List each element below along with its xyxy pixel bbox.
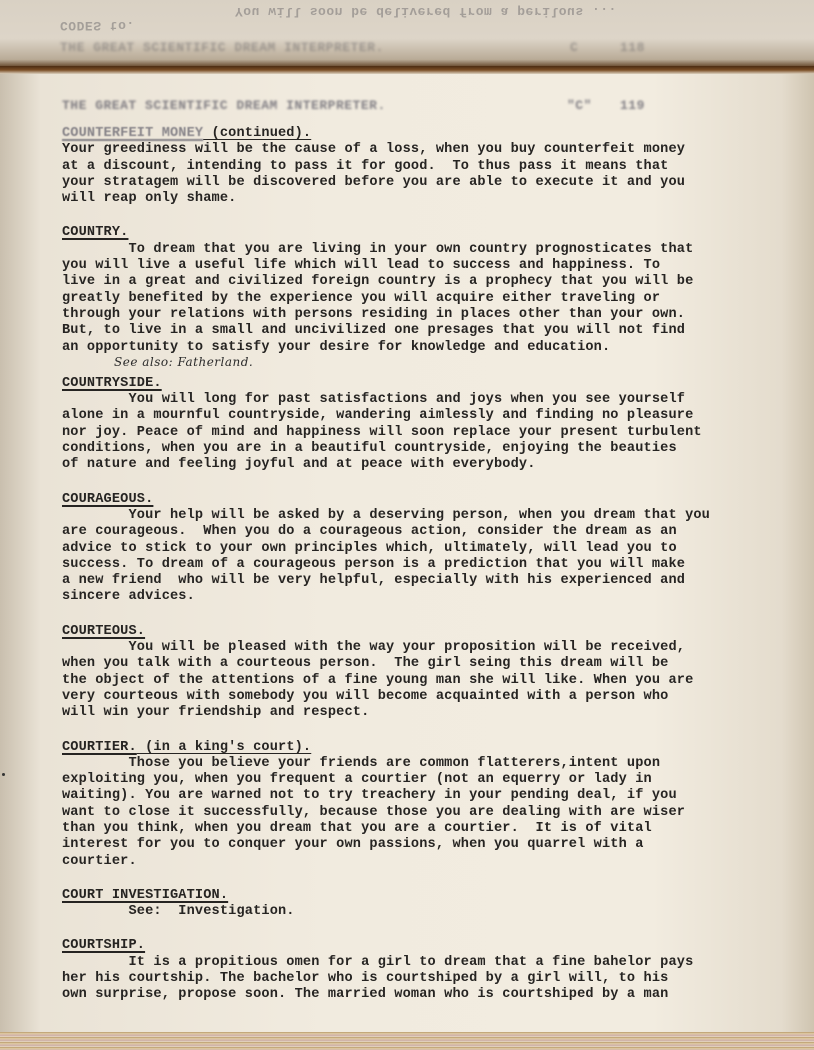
entry-countryside: COUNTRYSIDE. You will long for past sati… (62, 376, 812, 474)
text-line: Your help will be asked by a deserving p… (62, 508, 812, 524)
faint-previous-header: THE GREAT SCIENTIFIC DREAM INTERPRETER. (60, 40, 384, 55)
text-line: You will long for past satisfactions and… (62, 392, 812, 408)
text-line: will win your friendship and respect. (62, 705, 812, 721)
mirrored-text: CODES to. (60, 18, 135, 33)
text-line: when you talk with a courteous person. T… (62, 656, 812, 672)
text-line: advice to stick to your own principles w… (62, 541, 812, 557)
text-line: of nature and feeling joyful and at peac… (62, 457, 812, 473)
text-line: conditions, when you are in a beautiful … (62, 441, 812, 457)
entry-heading: COUNTRYSIDE. (62, 376, 162, 392)
text-line: at a discount, intending to pass it for … (62, 159, 812, 175)
entry-counterfeit-money: COUNTERFEIT MONEY (continued). Your gree… (62, 126, 812, 207)
text-line: than you think, when you dream that you … (62, 821, 812, 837)
text-line: live in a great and civilized foreign co… (62, 274, 812, 290)
entry-heading: COUNTRY. (62, 225, 128, 241)
entry-heading: COURT INVESTIGATION. (62, 888, 228, 904)
text-line: will reap only shame. (62, 191, 812, 207)
faint-previous-page-number: 118 (620, 40, 645, 55)
entry-courageous: COURAGEOUS. Your help will be asked by a… (62, 492, 812, 606)
previous-page-strip: You will soon be delivered from a perilo… (0, 0, 814, 70)
text-line: exploiting you, when you frequent a cour… (62, 772, 812, 788)
text-line: alone in a mournful countryside, wanderi… (62, 408, 812, 424)
text-line: waiting). You are warned not to try trea… (62, 788, 812, 804)
entry-heading: COURTEOUS. (62, 624, 145, 640)
faint-previous-marker: C (570, 40, 578, 55)
text-line: It is a propitious omen for a girl to dr… (62, 955, 812, 971)
entry-heading-suffix: (continued). (203, 126, 311, 141)
handwritten-note: See also: Fatherland. (62, 354, 812, 368)
text-line: nor joy. Peace of mind and happiness wil… (62, 425, 812, 441)
section-letter: "C" (567, 98, 592, 113)
text-line: interest for you to conquer your own pas… (62, 837, 812, 853)
text-line: Your greediness will be the cause of a l… (62, 142, 812, 158)
entry-heading-suffix: (in a king's court). (137, 740, 311, 755)
entry-courteous: COURTEOUS. You will be pleased with the … (62, 624, 812, 722)
page-number: 119 (620, 98, 645, 113)
entry-heading: COURTSHIP. (62, 938, 145, 954)
text-line: through your relations with persons resi… (62, 307, 812, 323)
text-line: success. To dream of a courageous person… (62, 557, 812, 573)
text-line: To dream that you are living in your own… (62, 242, 812, 258)
text-line: courtier. (62, 854, 812, 870)
entry-heading: COUNTERFEIT MONEY (62, 126, 203, 142)
text-line: you will live a useful life which will l… (62, 258, 812, 274)
cross-reference: See: Investigation. (62, 904, 812, 920)
margin-mark (2, 773, 5, 776)
text-line: your stratagem will be discovered before… (62, 175, 812, 191)
text-line: a new friend who will be very helpful, e… (62, 573, 812, 589)
mirrored-text: You will soon be delivered from a perilo… (235, 4, 617, 19)
entry-heading: COURAGEOUS. (62, 492, 153, 508)
entry-courtship: COURTSHIP. It is a propitious omen for a… (62, 938, 812, 1003)
running-header: THE GREAT SCIENTIFIC DREAM INTERPRETER. … (62, 98, 754, 116)
entry-court-investigation: COURT INVESTIGATION. See: Investigation. (62, 888, 812, 921)
dictionary-entries: COUNTERFEIT MONEY (continued). Your gree… (62, 126, 812, 1022)
text-line: the object of the attentions of a fine y… (62, 673, 812, 689)
text-line: her his courtship. The bachelor who is c… (62, 971, 812, 987)
text-line: You will be pleased with the way your pr… (62, 640, 812, 656)
text-line: are courageous. When you do a courageous… (62, 524, 812, 540)
stacked-page-edges (0, 1032, 814, 1050)
text-line: But, to live in a small and uncivilized … (62, 323, 812, 339)
entry-country: COUNTRY. To dream that you are living in… (62, 225, 812, 367)
text-line: own surprise, propose soon. The married … (62, 987, 812, 1003)
entry-heading: COURTIER. (62, 740, 137, 756)
entry-courtier: COURTIER. (in a king's court). Those you… (62, 740, 812, 870)
text-line: greatly benefited by the experience you … (62, 291, 812, 307)
document-page: THE GREAT SCIENTIFIC DREAM INTERPRETER. … (0, 74, 814, 1032)
book-title: THE GREAT SCIENTIFIC DREAM INTERPRETER. (62, 98, 386, 113)
text-line: sincere advices. (62, 589, 812, 605)
text-line: want to close it successfully, because t… (62, 805, 812, 821)
text-line: very courteous with somebody you will be… (62, 689, 812, 705)
text-line: Those you believe your friends are commo… (62, 756, 812, 772)
book-gutter (0, 66, 814, 74)
